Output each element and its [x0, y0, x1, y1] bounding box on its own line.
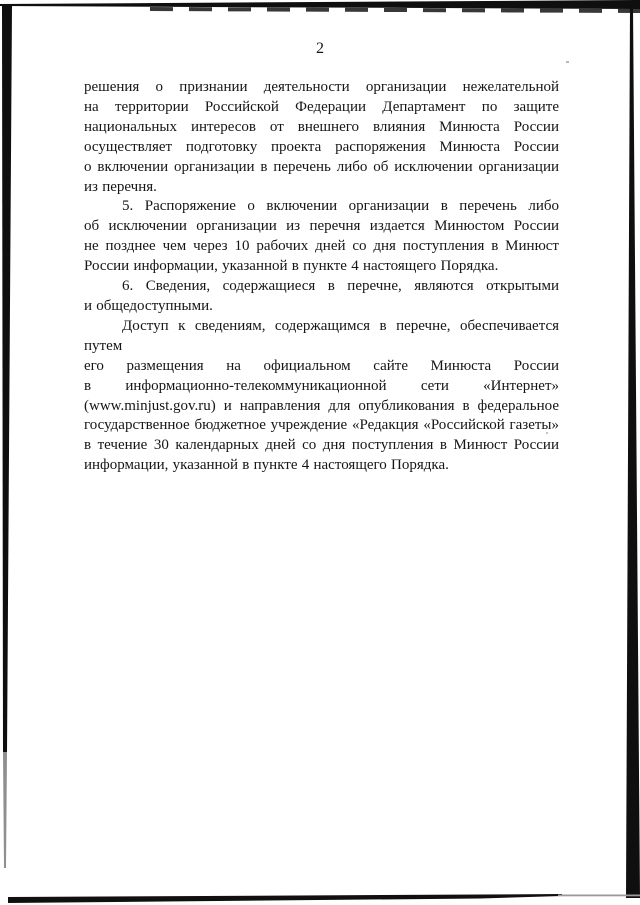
text-line: Доступ к сведениям, содержащимся в переч… — [84, 317, 559, 357]
text-line: о включении организации в перечень либо … — [84, 158, 559, 178]
scan-left-edge — [2, 5, 12, 752]
scan-bottom-edge — [8, 894, 562, 903]
text-line: 6. Сведения, содержащиеся в перечне, явл… — [84, 277, 559, 297]
text-line: осуществляет подготовку проекта распоряж… — [84, 138, 559, 158]
scan-right-edge — [626, 7, 640, 898]
text-line: в информационно-телекоммуникационной сет… — [84, 377, 559, 397]
text-line: на территории Российской Федерации Депар… — [84, 98, 559, 118]
page-number: 2 — [0, 40, 640, 58]
text-line: его размещения на официальном сайте Миню… — [84, 357, 559, 377]
scan-top-dashes — [150, 9, 640, 11]
text-line: в течение 30 календарных дней со дня пос… — [84, 436, 559, 456]
text-line: (www.minjust.gov.ru) и направления для о… — [84, 397, 559, 417]
text-line: из перечня. — [84, 178, 559, 198]
scan-bottom-edge-fade — [558, 895, 640, 897]
document-body: решения о признании деятельности организ… — [84, 78, 559, 476]
text-line: об исключении организации из перечня изд… — [84, 217, 559, 237]
text-line: национальных интересов от внешнего влиян… — [84, 118, 559, 138]
text-line: решения о признании деятельности организ… — [84, 78, 559, 98]
text-line: информации, указанной в пункте 4 настоящ… — [84, 456, 559, 476]
scanned-document-page: 2 решения о признании деятельности орган… — [0, 0, 640, 905]
text-line: государственное бюджетное учреждение «Ре… — [84, 416, 559, 436]
text-line: и общедоступными. — [84, 297, 559, 317]
scan-speck — [566, 61, 569, 63]
scan-left-edge-fade — [3, 752, 7, 868]
text-line: 5. Распоряжение о включении организации … — [84, 197, 559, 217]
text-line: России информации, указанной в пункте 4 … — [84, 257, 559, 277]
text-line: не позднее чем через 10 рабочих дней со … — [84, 237, 559, 257]
scan-top-edge — [0, 0, 640, 9]
